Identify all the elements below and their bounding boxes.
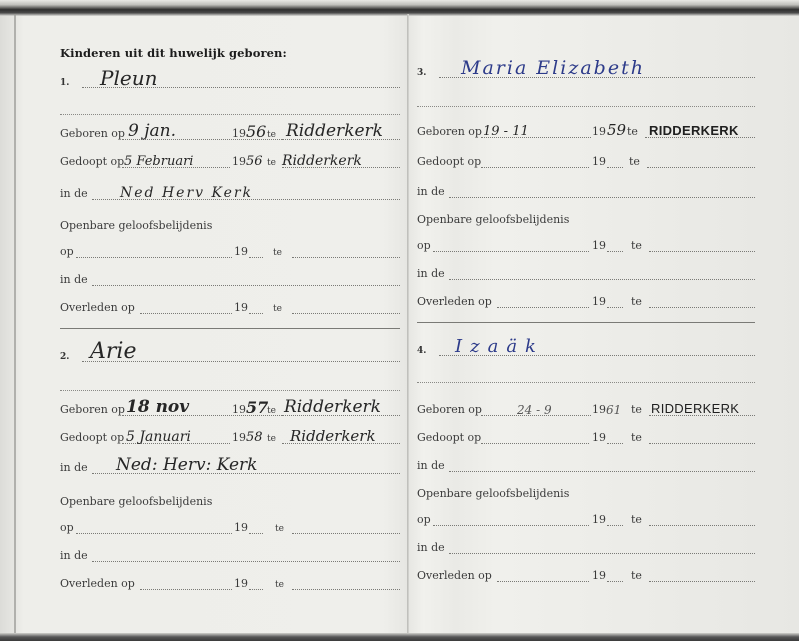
gedoopt-row: Gedoopt op 5 Januari 19 58 te Ridderkerk xyxy=(60,428,400,446)
openbare-in-de-row: in de xyxy=(417,264,755,282)
openbare-heading-row: Openbare geloofsbelijdenis xyxy=(417,484,755,502)
geboren-place[interactable]: Ridderkerk xyxy=(284,397,381,417)
gedoopt-row: Gedoopt op 19 te xyxy=(417,428,755,446)
geboren-date[interactable]: 19 - 11 xyxy=(483,124,529,139)
geboren-year[interactable]: 57 xyxy=(246,398,268,417)
geboren-place-stamp[interactable]: RIDDERKERK xyxy=(651,401,739,416)
church-name[interactable]: Ned: Herv: Kerk xyxy=(116,455,257,475)
overleden-row: Overleden op 19 te xyxy=(60,298,400,316)
geboren-row: Geboren op 19 - 11 19 59 te RIDDERKERK xyxy=(417,122,755,140)
child-number: 3. xyxy=(417,68,426,78)
child-name[interactable]: Pleun xyxy=(100,66,157,90)
openbare-heading-row: Openbare geloofsbelijdenis xyxy=(417,210,755,228)
child-name-row: 1. Pleun xyxy=(60,72,400,90)
gedoopt-row: Gedoopt op 19 te xyxy=(417,152,755,170)
child-name[interactable]: Arie xyxy=(90,339,136,364)
booklet-spread: Kinderen uit dit huwelijk geboren: 1. Pl… xyxy=(0,0,799,641)
gedoopt-date[interactable]: 5 Februari xyxy=(124,154,193,169)
geboren-row: Geboren op 9 jan. 19 56 te Ridderkerk xyxy=(60,124,400,142)
overleden-row: Overleden op 19 te xyxy=(60,574,400,592)
openbare-in-de-row: in de xyxy=(60,270,400,288)
geboren-year[interactable]: 56 xyxy=(246,122,266,141)
overleden-row: Overleden op 19 te xyxy=(417,566,755,584)
child-name-row: 4. Izaäk xyxy=(417,340,755,358)
child-number: 4. xyxy=(417,346,426,356)
left-page: Kinderen uit dit huwelijk geboren: 1. Pl… xyxy=(0,0,407,641)
child-name-row: 3. Maria Elizabeth xyxy=(417,62,755,80)
in-de-row: in de Ned: Herv: Kerk xyxy=(60,458,400,476)
gedoopt-year[interactable]: 58 xyxy=(246,430,263,445)
openbare-op-row: op 19 te xyxy=(60,518,400,536)
right-page: 3. Maria Elizabeth Geboren op 19 - 11 19… xyxy=(410,0,799,641)
child-name[interactable]: Maria Elizabeth xyxy=(461,57,645,79)
in-de-row: in de xyxy=(417,456,755,474)
in-de-row: in de xyxy=(417,182,755,200)
gedoopt-row: Gedoopt op 5 Februari 19 56 te Ridderker… xyxy=(60,152,400,170)
overleden-row: Overleden op 19 te xyxy=(417,292,755,310)
geboren-year[interactable]: 59 xyxy=(607,121,626,139)
child-name[interactable]: Izaäk xyxy=(455,336,544,357)
openbare-heading-row: Openbare geloofsbelijdenis xyxy=(60,492,400,510)
child-name-row: 2. Arie xyxy=(60,346,400,364)
gedoopt-year[interactable]: 56 xyxy=(246,154,263,169)
gedoopt-date[interactable]: 5 Januari xyxy=(126,429,191,445)
gedoopt-place[interactable]: Ridderkerk xyxy=(282,153,362,169)
geboren-date[interactable]: 24 - 9 xyxy=(517,403,552,417)
geboren-date[interactable]: 9 jan. xyxy=(128,121,176,141)
geboren-place-stamp[interactable]: RIDDERKERK xyxy=(649,123,739,138)
openbare-heading-row: Openbare geloofsbelijdenis xyxy=(60,216,400,234)
page-heading: Kinderen uit dit huwelijk geboren: xyxy=(60,46,287,60)
openbare-op-row: op 19 te xyxy=(60,242,400,260)
in-de-row: in de Ned Herv Kerk xyxy=(60,184,400,202)
openbare-in-de-row: in de xyxy=(417,538,755,556)
center-fold xyxy=(407,14,409,634)
openbare-op-row: op 19 te xyxy=(417,510,755,528)
openbare-op-row: op 19 te xyxy=(417,236,755,254)
gedoopt-place[interactable]: Ridderkerk xyxy=(290,427,376,445)
geboren-date[interactable]: 18 nov xyxy=(126,397,189,417)
geboren-place[interactable]: Ridderkerk xyxy=(286,121,383,141)
child-number: 2. xyxy=(60,352,69,362)
child-number: 1. xyxy=(60,78,69,88)
geboren-row: Geboren op 24 - 9 19 61 te RIDDERKERK xyxy=(417,400,755,418)
openbare-in-de-row: in de xyxy=(60,546,400,564)
geboren-row: Geboren op 18 nov 19 57 te Ridderkerk xyxy=(60,400,400,418)
geboren-year[interactable]: 61 xyxy=(606,403,621,417)
church-name[interactable]: Ned Herv Kerk xyxy=(120,185,253,201)
